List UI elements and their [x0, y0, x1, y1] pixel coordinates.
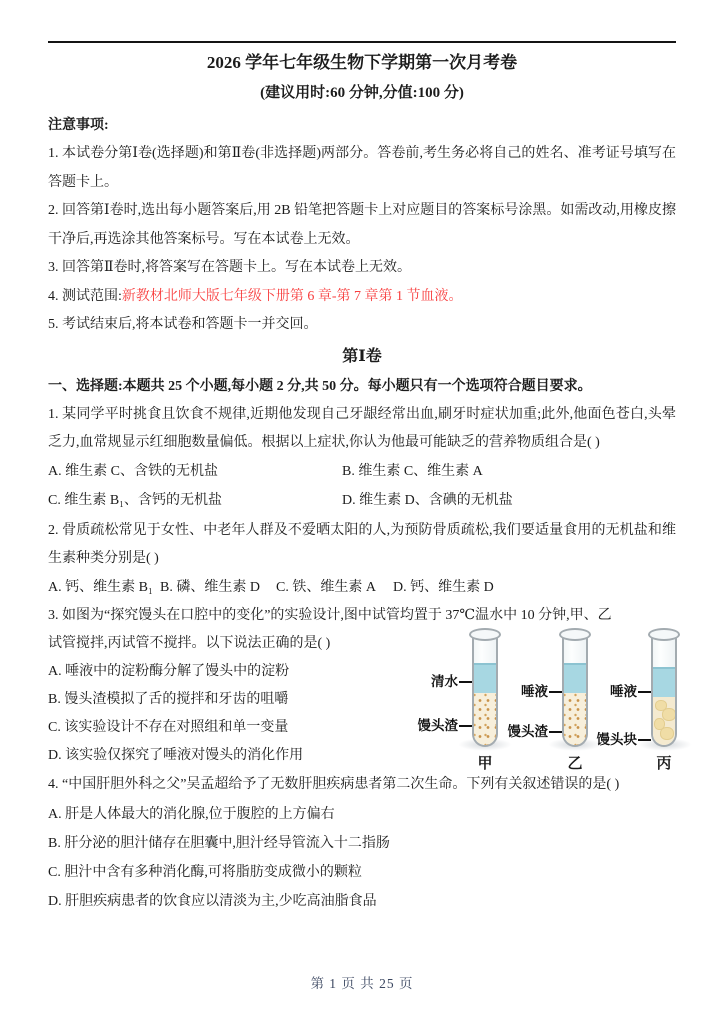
q3-test-tube-figure: 清水 馒头渣 唾液 馒头渣 唾液 馒头块 甲 乙 丙	[380, 624, 676, 776]
option-4-b: B. 肝分泌的胆汁储存在胆囊中,胆汁经导管流入十二指肠	[48, 829, 676, 858]
option-1-c: C. 维生素 B₁、含钙的无机盐	[48, 486, 342, 515]
option-2-b: B. 磷、维生素 D	[160, 573, 276, 602]
tube-name-yi: 乙	[559, 752, 591, 773]
tube-rim	[648, 628, 680, 641]
header-rule	[48, 41, 676, 43]
notice-item-3: 3. 回答第Ⅱ卷时,将答案写在答题卡上。写在本试卷上无效。	[48, 254, 676, 283]
test-tube-bing	[648, 628, 680, 752]
question-2-stem: 2. 骨质疏松常见于女性、中老年人群及不爱晒太阳的人,为预防骨质疏松,我们要适量…	[48, 517, 676, 573]
tube-rim	[469, 628, 501, 641]
leader-line	[638, 739, 651, 741]
label-bread-chunks: 馒头块	[560, 728, 651, 748]
question-2: 2. 骨质疏松常见于女性、中老年人群及不爱晒太阳的人,为预防骨质疏松,我们要适量…	[48, 517, 676, 602]
label-text: 馒头渣	[508, 724, 549, 739]
volume-title: 第Ⅰ卷	[48, 342, 676, 372]
label-bread-crumbs: 馒头渣	[470, 720, 562, 740]
page-subtitle: (建议用时:60 分钟,分值:100 分)	[48, 80, 676, 106]
leader-line	[459, 681, 472, 683]
bread-chunk	[660, 727, 674, 740]
tube-name-bing: 丙	[648, 752, 680, 773]
option-4-d: D. 肝胆疾病患者的饮食应以清淡为主,少吃高油脂食品	[48, 887, 676, 916]
label-clear-water: 清水	[380, 670, 472, 690]
label-text: 馒头渣	[418, 718, 459, 733]
notice-item-1: 1. 本试卷分第Ⅰ卷(选择题)和第Ⅱ卷(非选择题)两部分。答卷前,考生务必将自己…	[48, 140, 676, 197]
question-1: 1. 某同学平时挑食且饮食不规律,近期他发现自己牙龈经常出血,刷牙时症状加重;此…	[48, 401, 676, 515]
label-bread-crumbs: 馒头渣	[380, 714, 472, 734]
notice-4-prefix: 4. 测试范围:	[48, 289, 122, 304]
option-1-a: A. 维生素 C、含铁的无机盐	[48, 457, 342, 486]
option-4-c: C. 胆汁中含有多种消化酶,可将脂肪变成微小的颗粒	[48, 858, 676, 887]
notice-item-4: 4. 测试范围:新教材北师大版七年级下册第 6 章-第 7 章第 1 节血液。	[48, 283, 676, 312]
question-1-options: A. 维生素 C、含铁的无机盐 B. 维生素 C、维生素 A C. 维生素 B₁…	[48, 457, 676, 515]
label-saliva: 唾液	[480, 680, 562, 700]
tube-liquid-saliva	[653, 667, 675, 697]
notice-item-2: 2. 回答第Ⅰ卷时,选出每小题答案后,用 2B 铅笔把答题卡上对应题目的答案标号…	[48, 197, 676, 254]
tube-body	[651, 633, 677, 747]
label-saliva: 唾液	[570, 680, 651, 700]
section-instruction: 一、选择题:本题共 25 个小题,每小题 2 分,共 50 分。每小题只有一个选…	[48, 372, 676, 401]
option-1-b: B. 维生素 C、维生素 A	[342, 457, 676, 486]
option-2-c: C. 铁、维生素 A	[276, 573, 393, 602]
option-4-a: A. 肝是人体最大的消化腺,位于腹腔的上方偏右	[48, 800, 676, 829]
tube-sediment-chunks	[653, 697, 675, 745]
option-2-d: D. 钙、维生素 D	[393, 573, 676, 602]
leader-line	[638, 691, 651, 693]
label-text: 唾液	[521, 684, 548, 699]
notice-4-scope-highlight: 新教材北师大版七年级下册第 6 章-第 7 章第 1 节血液。	[122, 289, 463, 304]
page-footer: 第 1 页 共 25 页	[0, 972, 724, 992]
option-2-a: A. 钙、维生素 B₁	[48, 573, 160, 602]
question-2-options: A. 钙、维生素 B₁ B. 磷、维生素 D C. 铁、维生素 A D. 钙、维…	[48, 573, 676, 602]
label-text: 馒头块	[597, 732, 638, 747]
notices-section: 注意事项: 1. 本试卷分第Ⅰ卷(选择题)和第Ⅱ卷(非选择题)两部分。答卷前,考…	[48, 112, 676, 340]
label-text: 唾液	[610, 684, 637, 699]
notices-heading: 注意事项:	[48, 112, 676, 140]
page-title: 2026 学年七年级生物下学期第一次月考卷	[48, 50, 676, 76]
notice-item-5: 5. 考试结束后,将本试卷和答题卡一并交回。	[48, 311, 676, 340]
option-1-d: D. 维生素 D、含碘的无机盐	[342, 486, 676, 515]
tube-rim	[559, 628, 591, 641]
bread-chunk	[662, 708, 676, 721]
question-1-stem: 1. 某同学平时挑食且饮食不规律,近期他发现自己牙龈经常出血,刷牙时症状加重;此…	[48, 401, 676, 457]
question-4: 4. “中国肝胆外科之父”吴孟超给予了无数肝胆疾病患者第二次生命。下列有关叙述错…	[48, 770, 676, 916]
leader-line	[549, 691, 562, 693]
tube-name-jia: 甲	[469, 752, 501, 773]
question-3: 3. 如图为“探究馒头在口腔中的变化”的实验设计,图中试管均置于 37℃温水中 …	[48, 602, 676, 770]
label-text: 清水	[431, 674, 458, 689]
page-content: 2026 学年七年级生物下学期第一次月考卷 (建议用时:60 分钟,分值:100…	[48, 0, 676, 916]
exam-page: 2026 学年七年级生物下学期第一次月考卷 (建议用时:60 分钟,分值:100…	[0, 0, 724, 1024]
